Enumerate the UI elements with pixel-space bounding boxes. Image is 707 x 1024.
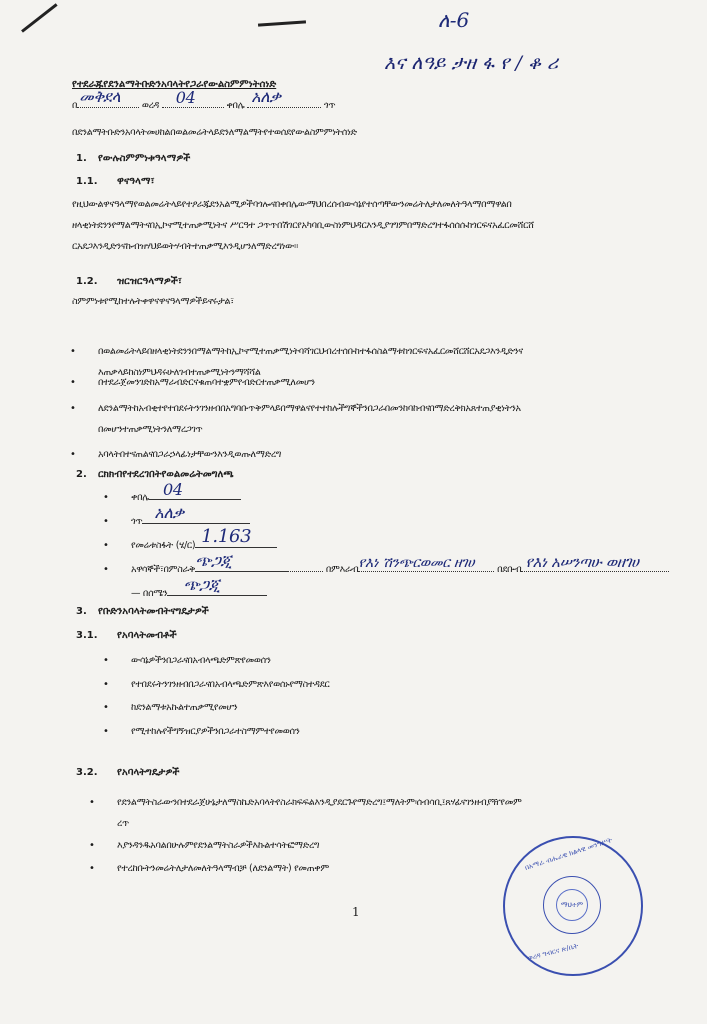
woreda-value: መቅደላ [79, 87, 120, 107]
section-1-1-number: 1.1. [76, 176, 98, 187]
land-area-row: የመሬቱስፋት (ሄ/ር)1.163 [131, 540, 277, 551]
pen-stroke-top-center [258, 20, 306, 26]
west-value: የእነ ሽንጭርወመር ዘገሀ [358, 555, 474, 571]
north-row: — በሰሜንጭጋጂ [131, 588, 267, 599]
location-line: በመቅደላ ወረዳ 04 ቀበሌ አለቃ ጎጥ [72, 100, 335, 111]
woreda-label: ወረዳ [142, 100, 159, 111]
got-value: አለቃ [251, 87, 281, 107]
got-label: ጎጥ [324, 100, 335, 111]
land-kebele-row: ቀበሌ04 [131, 492, 241, 503]
stamp-inner-ring: ማህተም [543, 876, 601, 934]
stamp-text-top: በአማራ ብሔራዊ ክልላዊ መንግሥት [524, 836, 614, 873]
east-label: አዋሳኞች፣በምስራቅ [131, 564, 195, 575]
scanned-document-page: ለ-6 እና ለዓይ ታዘ ፋ የ / ቆ ሪ የተደራጁየደንልማትቡድንአባ… [0, 0, 707, 1024]
objective-bullet-2: በተደራጀመንገድከአማራብድርናቁጠባተቋምየብድርተጠቃሚለመሆን [98, 377, 315, 388]
section-1-1-title: ዋናዓላማ፣ [117, 176, 155, 187]
main-objective-line-3: ርአደጋእንዲድንናኩብዝሃህይወትሃብትተጠቃሚእንዲሆንለማድረግነው። [72, 241, 298, 252]
duties-bullet-1: የደንልማትስራውንበተደራጀሁኔታለማስኬድአባላትየስራክፍፍልእንዲያደር… [117, 797, 522, 808]
stamp-text-bottom: ወረዳ ግብርና ጽ/ቤት [527, 942, 580, 963]
objective-bullet-1: በወልመሬትላይበዘላቂነትደንንበማልማትከኢኮኖሚተጠቃሚነትባሻገርህብረ… [98, 346, 523, 357]
north-label: በሰሜን [143, 588, 167, 599]
objective-bullet-4: አባላትበተናጠልናበጋራኃላፊነታቸውንእንዲወጡለማድረግ [98, 449, 281, 460]
handwritten-reference: ለ-6 [438, 8, 469, 32]
official-stamp: በአማራ ብሔራዊ ክልላዊ መንግሥት ወረዳ ግብርና ጽ/ቤት ማህተም [503, 836, 643, 976]
land-got-value: አለቃ [154, 503, 184, 523]
land-kebele-label: ቀበሌ [131, 492, 149, 503]
east-value: ጭጋጂ [195, 551, 232, 571]
rights-bullet-4: የሚተከሉየችግኝዝርያዎችንበጋራተስማምተየመወሰን [131, 726, 300, 737]
agreement-subtitle: በደንልማትቡድንአባላትመሀከልበወልመሬትላይደንለማልማትየተወሰደየውል… [72, 127, 357, 138]
boundaries-row: አዋሳኞች፣በምስራቅጭጋጂ በምእራብየእነ ሽንጭርወመር ዘገሀ በደቡብ… [131, 564, 669, 575]
rights-bullet-2: የተበደሩትንገንዘብበጋራናበአብላጫድምጽእየወሰኑየማስተዳደር [131, 679, 330, 690]
land-got-label: ጎጥ [131, 516, 142, 527]
main-objective-line-2: ዘላቂነትደንንየማልማትናበኢኮኖሚተጠቃሚነትና ሥርዓተ ጋጥጥበሽገርየ… [72, 220, 534, 231]
section-2-title: ርክክብየተደረገበትየወልመሬትመግለጫ [98, 469, 234, 480]
location-prefix: በ [72, 100, 77, 111]
specific-objectives-intro: ስምምነቱየሚከተሉትቀዋናዋናዓላማዎችይኖሩታል፣ [72, 296, 234, 307]
section-1-2-title: ዝርዝርዓላማዎች፣ [117, 276, 182, 287]
rights-bullet-3: ከደንልማቱአኩልተጠቃሚየመሆን [131, 702, 237, 713]
section-3-number: 3. [76, 606, 87, 617]
duties-bullet-2: እያንዳንዱአባልበሁሉምየደንልማትስራዎችእኩልተሳትፎማድረግ [117, 840, 319, 851]
north-value: ጭጋጂ [183, 575, 220, 595]
section-1-2-number: 1.2. [76, 276, 98, 287]
south-value: የእነ አሠንጣሁ ወዘገሀ [525, 553, 638, 571]
pen-stroke-top-left [21, 3, 58, 32]
section-3-title: የቡድንአባላትመብትናግዴታዎች [98, 606, 209, 617]
land-area-label: የመሬቱስፋት (ሄ/ር) [131, 540, 195, 551]
section-3-1-title: የአባላትመብቶች [117, 630, 177, 641]
objective-bullet-3: ለደንልማትከአብቂተየተበደሩትንገንዘብበአግባቡጥቅምላይበማዋልናየተተ… [98, 403, 521, 414]
objective-bullet-3-cont: በመሆንተጠቃሚነትንለማረጋገጥ [98, 424, 202, 435]
section-3-1-number: 3.1. [76, 630, 98, 641]
west-label: በምእራብ [326, 564, 359, 575]
page-number: 1 [352, 905, 360, 919]
section-3-2-title: የአባላትግዴታዎች [117, 767, 179, 778]
land-area-value: 1.163 [201, 526, 251, 547]
kebele-label: ቀበሌ [226, 100, 244, 111]
stamp-emblem: ማህተም [556, 889, 588, 921]
section-3-2-number: 3.2. [76, 767, 98, 778]
section-1-title: የውሉስምምነቱዓላማዎች [98, 153, 190, 164]
section-1-number: 1. [76, 153, 87, 164]
main-objective-line-1: የዚህውልዋናዓላማየወልመሬትላይየተዖራጁደንአልሚዎችባጎሎናበቀበሌውማ… [72, 199, 512, 210]
duties-bullet-3: የተረከቡትንመሬትለታለመለትዓላማብቻ (ለደንልማት) የመጠቀም [117, 863, 329, 874]
section-2-number: 2. [76, 469, 87, 480]
south-label: በደቡብ [497, 564, 521, 575]
handwritten-note: እና ለዓይ ታዘ ፋ የ / ቆ ሪ [384, 52, 558, 74]
rights-bullet-1: ውሳኔዎችንበጋራናበአብላጫድምጽየመወሰን [131, 655, 271, 666]
land-kebele-value: 04 [163, 480, 183, 499]
kebele-value: 04 [176, 88, 196, 107]
duties-bullet-1-cont: ረጥ [117, 818, 129, 829]
